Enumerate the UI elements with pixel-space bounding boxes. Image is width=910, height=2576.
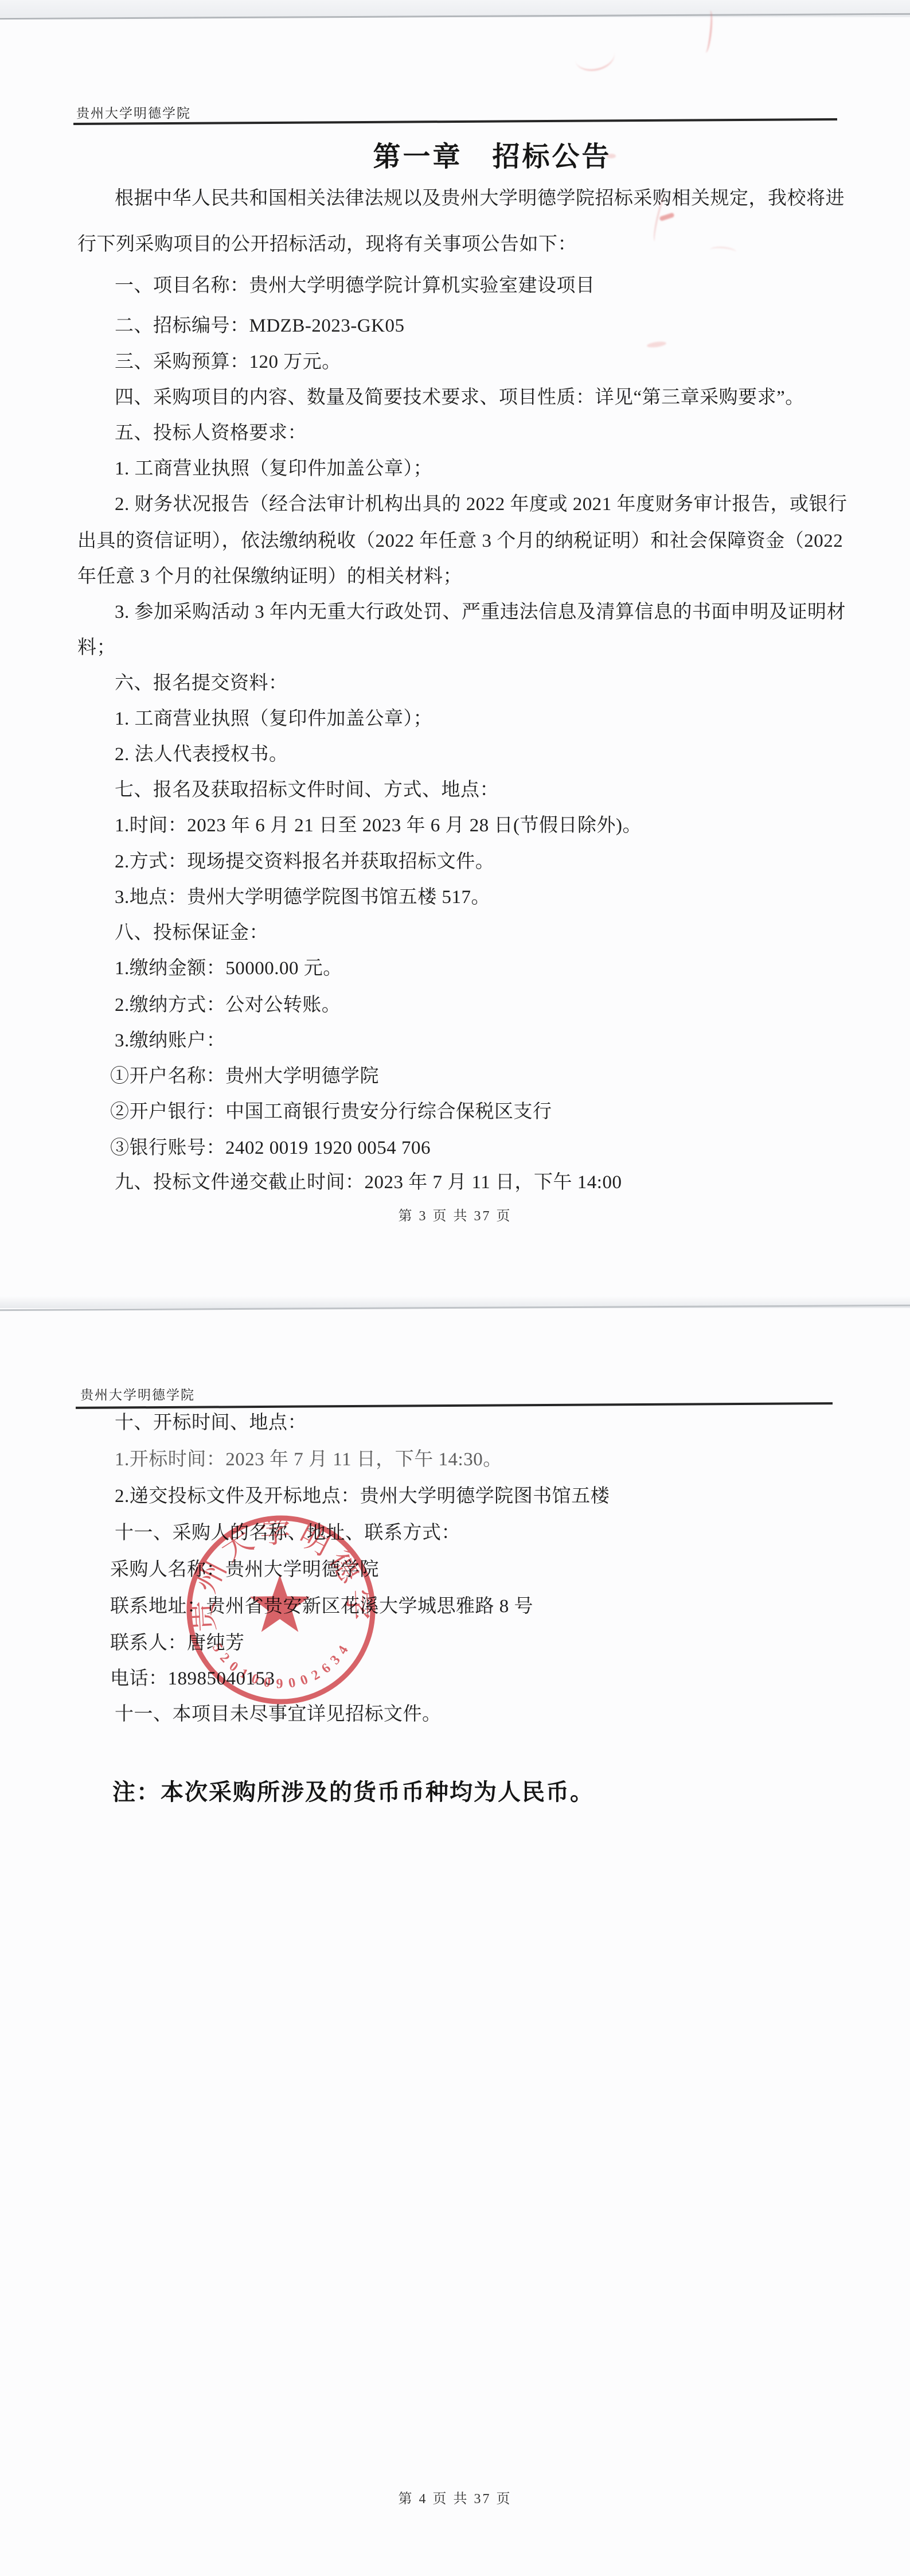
page4-header: 贵州大学明德学院 (80, 1388, 195, 1402)
page4-header-rule (76, 1402, 833, 1409)
doc-line: 1.缴纳金额：50000.00 元。 (115, 959, 342, 978)
doc-line: 电话：18985040153 (110, 1670, 275, 1688)
doc-line: ①开户名称：贵州大学明德学院 (110, 1067, 379, 1086)
doc-line: 联系地址：贵州省贵安新区花溪大学城思雅路 8 号 (110, 1597, 533, 1616)
doc-line: 2.缴纳方式：公对公转账。 (115, 996, 341, 1015)
doc-line: ②开户银行：中国工商银行贵安分行综合保税区支行 (110, 1103, 552, 1122)
doc-line: 2. 法人代表授权书。 (115, 745, 288, 764)
doc-line: 1. 工商营业执照（复印件加盖公章）； (115, 710, 432, 729)
doc-line: 采购人名称：贵州大学明德学院 (110, 1561, 379, 1579)
doc-line: 1.时间：2023 年 6 月 21 日至 2023 年 6 月 28 日(节假… (115, 816, 642, 835)
red-smudge (709, 246, 736, 256)
doc-line: 九、投标文件递交截止时间：2023 年 7 月 11 日，下午 14:00 (115, 1173, 622, 1192)
doc-line: 六、报名提交资料： (115, 674, 288, 693)
doc-line: 3.缴纳账户： (115, 1032, 225, 1050)
page4-footer: 第 4 页 共 37 页 (0, 2492, 910, 2506)
chapter-title: 第一章 招标公告 (0, 143, 910, 171)
doc-line: 十一、本项目未尽事宜详见招标文件。 (115, 1705, 442, 1724)
scan-seam-top (0, 0, 910, 17)
doc-line: 七、报名及获取招标文件时间、方式、地点： (115, 781, 499, 800)
red-smudge (702, 10, 714, 53)
doc-line: 3. 参加采购活动 3 年内无重大行政处罚、严重违法信息及清算信息的书面申明及证… (115, 603, 846, 622)
doc-line: 年任意 3 个月的社保缴纳证明）的相关材料； (77, 567, 462, 586)
doc-line: 出具的资信证明），依法缴纳税收（2022 年任意 3 个月的纳税证明）和社会保障… (77, 532, 843, 551)
doc-line: 2. 财务状况报告（经合法审计机构出具的 2022 年度或 2021 年度财务审… (115, 495, 847, 514)
doc-line: 1.开标时间：2023 年 7 月 11 日，下午 14:30。 (115, 1450, 502, 1469)
doc-line: 三、采购预算：120 万元。 (115, 353, 341, 372)
doc-line: 1. 工商营业执照（复印件加盖公章）； (115, 460, 432, 478)
doc-line: 3.地点：贵州大学明德学院图书馆五楼 517。 (115, 888, 490, 907)
currency-note: 注：本次采购所涉及的货币币种均为人民币。 (112, 1781, 594, 1804)
red-smudge (659, 212, 674, 221)
doc-line: 2.方式：现场提交资料报名并获取招标文件。 (115, 853, 494, 871)
doc-line: 十、开标时间、地点： (115, 1414, 307, 1433)
doc-line: 料； (77, 639, 116, 657)
red-smudge (572, 38, 618, 74)
scanned-document: 贵州大学明德学院 第一章 招标公告 根据中华人民共和国相关法律法规以及贵州大学明… (0, 0, 910, 2576)
doc-line: 二、招标编号：MDZB-2023-GK05 (115, 317, 404, 336)
scan-seam-top-line (0, 13, 910, 20)
doc-line: 2.递交投标文件及开标地点：贵州大学明德学院图书馆五楼 (115, 1487, 610, 1506)
doc-line: 五、投标人资格要求： (115, 424, 307, 443)
doc-line: 八、投标保证金： (115, 924, 268, 943)
doc-line: 行下列采购项目的公开招标活动，现将有关事项公告如下： (77, 235, 577, 254)
doc-line: 四、采购项目的内容、数量及简要技术要求、项目性质：详见“第三章采购要求”。 (115, 388, 804, 407)
doc-line: ③银行账号：2402 0019 1920 0054 706 (110, 1139, 431, 1158)
doc-line: 十一、采购人的名称、地址、联系方式： (115, 1524, 460, 1543)
scan-seam-middle (0, 1295, 910, 1308)
doc-line: 一、项目名称：贵州大学明德学院计算机实验室建设项目 (115, 277, 595, 295)
scan-seam-middle-line (0, 1305, 910, 1311)
red-smudge (647, 341, 667, 349)
page3-footer: 第 3 页 共 37 页 (0, 1209, 910, 1223)
page3-header: 贵州大学明德学院 (76, 107, 191, 120)
doc-line: 联系人：唐纯芳 (110, 1634, 245, 1653)
doc-line: 根据中华人民共和国相关法律法规以及贵州大学明德学院招标采购相关规定，我校将进 (115, 189, 845, 208)
